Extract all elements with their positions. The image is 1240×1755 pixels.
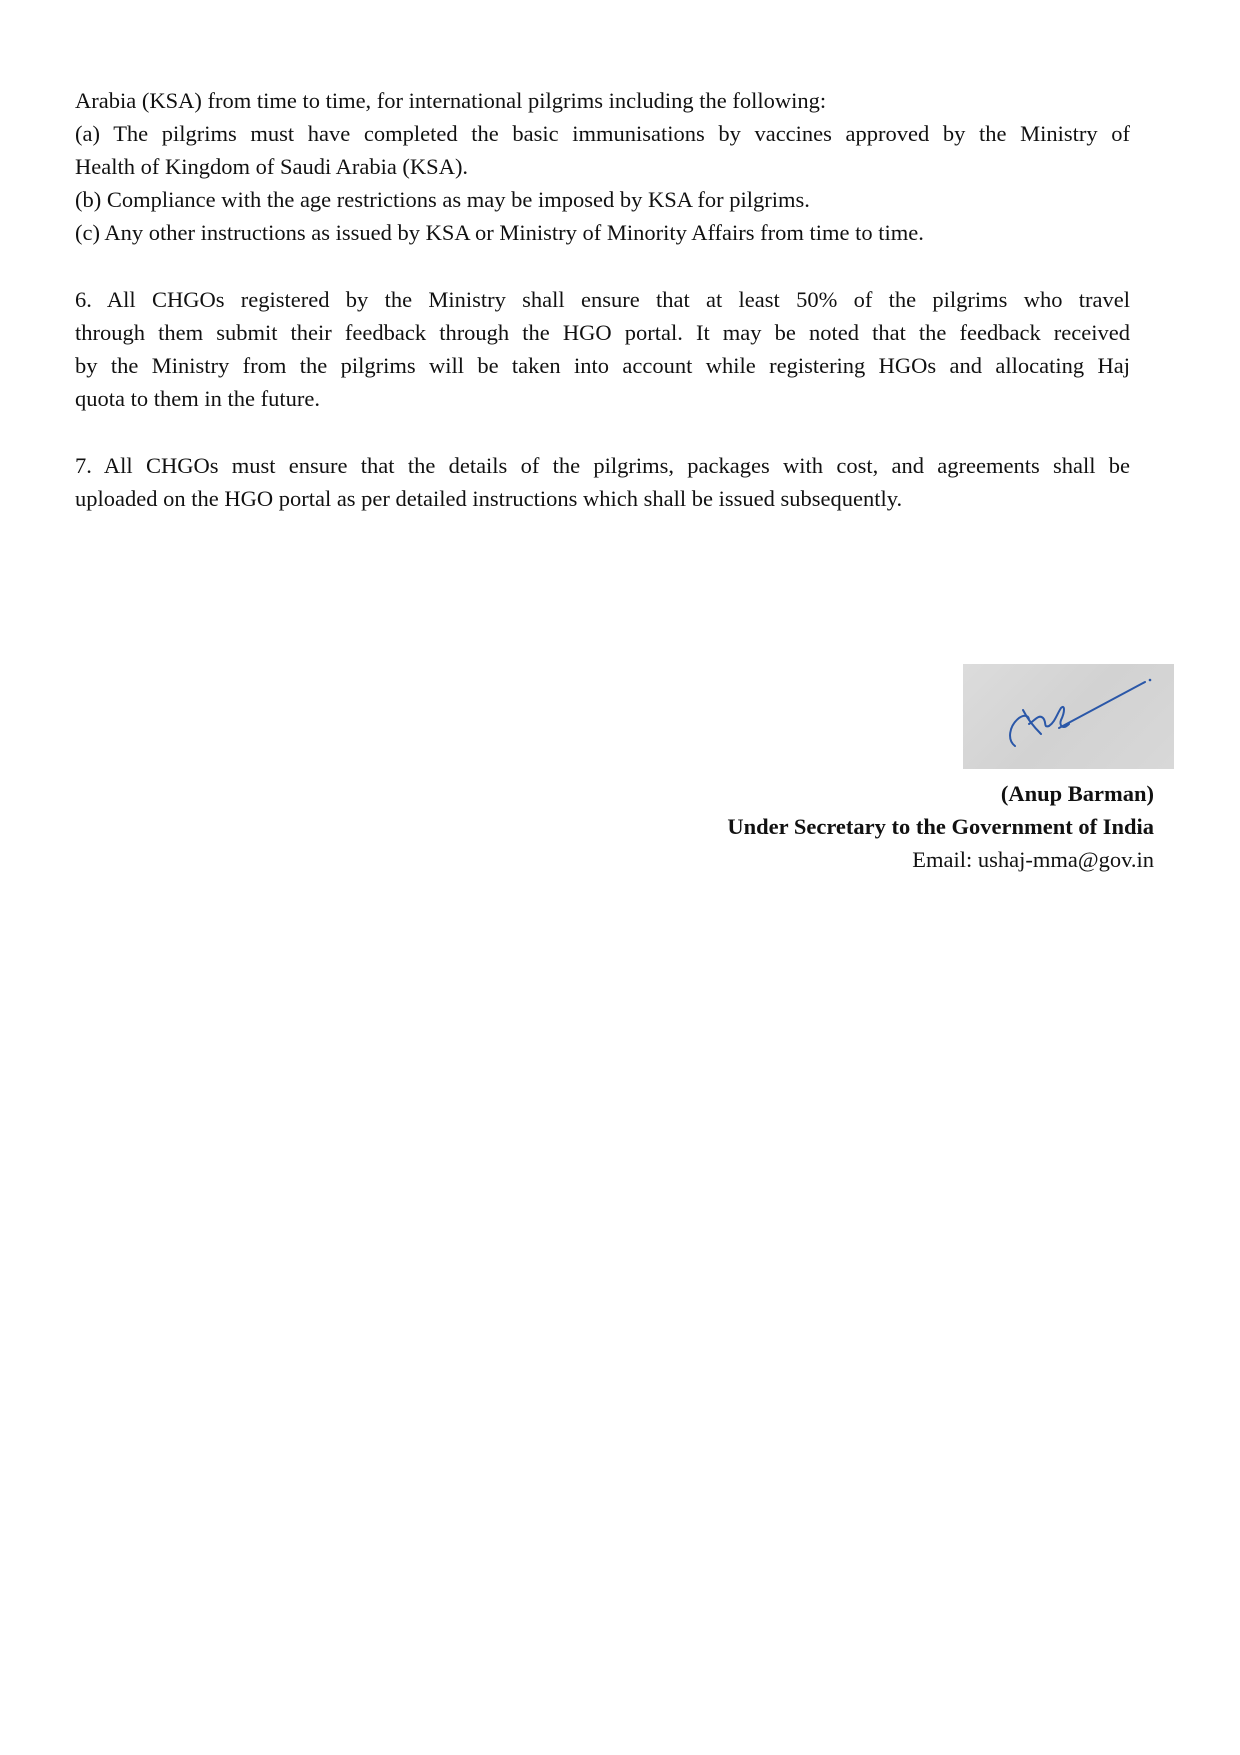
item-b: (b) Compliance with the age restrictions… — [75, 183, 1130, 216]
signatory-designation: Under Secretary to the Government of Ind… — [727, 810, 1154, 843]
paragraph-6-line2: through them submit their feedback throu… — [75, 316, 1130, 349]
paragraph-6-line1: 6. All CHGOs registered by the Ministry … — [75, 283, 1130, 316]
paragraph-6-line4: quota to them in the future. — [75, 382, 1130, 415]
paragraph-6-line3: by the Ministry from the pilgrims will b… — [75, 349, 1130, 382]
item-a-line2: Health of Kingdom of Saudi Arabia (KSA). — [75, 150, 1130, 183]
paragraph-7-line2: uploaded on the HGO portal as per detail… — [75, 482, 1130, 515]
item-c: (c) Any other instructions as issued by … — [75, 216, 1130, 249]
signatory-name: (Anup Barman) — [1001, 777, 1154, 810]
signatory-email: Email: ushaj-mma@gov.in — [912, 843, 1154, 876]
signature-image — [963, 664, 1174, 769]
signature-scribble-icon — [963, 664, 1174, 769]
paragraph-7-line1: 7. All CHGOs must ensure that the detail… — [75, 449, 1130, 482]
intro-line: Arabia (KSA) from time to time, for inte… — [75, 84, 1130, 117]
item-a-line1: (a) The pilgrims must have completed the… — [75, 117, 1130, 150]
